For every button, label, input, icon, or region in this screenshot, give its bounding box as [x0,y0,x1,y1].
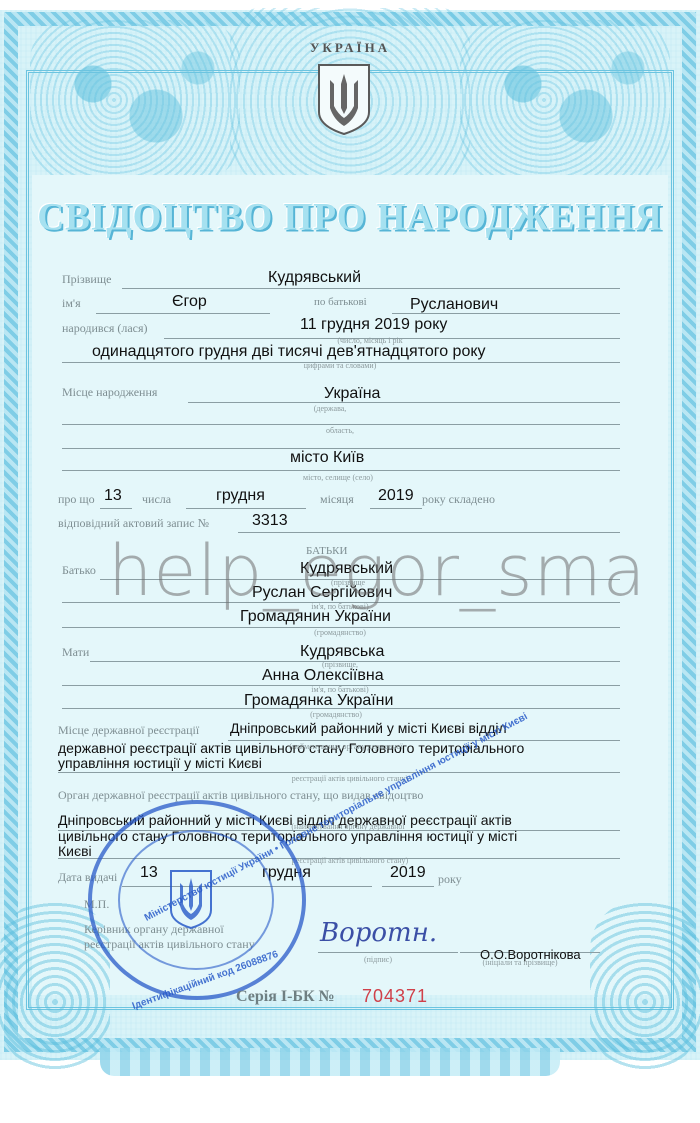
record-day-line [100,508,132,509]
registration-place-caption: (найменування органу державної [276,742,416,751]
ornament-bottom-right [590,900,700,1070]
birthplace-region-caption: область, [310,426,370,435]
signature-caption: (підпис) [348,955,408,964]
surname-line [122,288,620,289]
mother-citizenship: Громадянка України [244,692,393,710]
issue-year-label: року [438,872,462,887]
record-year-label: року складено [422,492,495,507]
official-name-caption: (ініціали та прізвище) [460,958,580,967]
record-year: 2019 [378,487,414,505]
record-month: грудня [216,487,265,505]
birthplace-city-line [62,470,620,471]
father-citizenship-caption: (громадянство) [300,628,380,637]
record-month-line [186,508,306,509]
watermark-text: help_egor_sma [108,530,647,612]
registration-place-line3-text: управління юстиції у місті Києві [58,755,262,771]
mother-label: Мати [62,645,89,660]
name-label: ім'я [62,296,81,311]
serial-number: 704371 [362,986,428,1007]
record-day-label: числа [142,492,171,507]
child-name: Єгор [172,293,207,311]
birthplace-country-line [188,402,620,403]
signature-line [318,952,458,953]
record-prefix: про що [58,492,95,507]
born-label: народився (лася) [62,321,148,336]
entry-number: 3313 [252,512,288,530]
registration-place-line3 [58,772,620,773]
trident-coat-of-arms-icon [316,62,372,136]
record-month-label: місяця [320,492,354,507]
child-surname: Кудрявський [268,269,361,287]
document-title: СВІДОЦТВО ПРО НАРОДЖЕННЯ [0,195,700,240]
birthplace-region-line [62,424,620,425]
issuer-line3-text: Києві [58,843,92,859]
mother-citizenship-caption: (громадянство) [296,710,376,719]
name-line [96,313,270,314]
patronymic-label: по батькові [314,296,367,308]
trident-coat-of-arms-icon [168,868,214,930]
father-label: Батько [62,563,96,578]
ornament-bottom-band [100,1048,560,1076]
official-signature: Воротн. [320,918,437,948]
mother-name: Анна Олексіївна [262,667,384,685]
country-label: УКРАЇНА [0,40,700,56]
entry-label: відповідний актовий запис № [58,516,209,531]
issue-year-line [382,886,434,887]
record-year-line [370,508,422,509]
birthplace-city: місто Київ [290,449,364,467]
serial-label: Серія І-БК № [236,988,335,1006]
registration-place-label: Місце державної реєстрації [58,723,199,738]
birthplace-country-caption: (держава, [300,404,360,413]
child-patronymic: Русланович [410,296,498,314]
birthplace-city-caption: місто, селище (село) [268,473,408,482]
mother-surname: Кудрявська [300,643,384,661]
surname-label: Прізвище [62,272,111,287]
issue-year: 2019 [390,864,426,882]
registration-place-line1-text: Дніпровський районний у місті Києві відд… [230,720,507,736]
birthplace-label: Місце народження [62,385,157,400]
birth-date-words: одинадцятого грудня дві тисячі дев'ятнад… [92,343,486,361]
birth-date: 11 грудня 2019 року [300,316,447,334]
birthplace-country: Україна [324,385,380,403]
record-day: 13 [104,487,122,505]
birth-date-words-caption: цифрами та словами) [280,361,400,370]
